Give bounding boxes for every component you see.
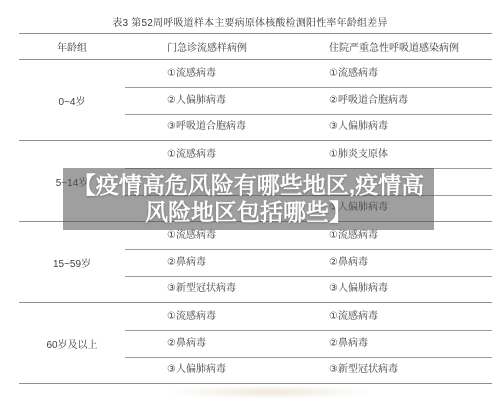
outpatient-cells: ①流感病毒 ②鼻病毒 ③人偏肺病毒 [125,303,319,383]
table-row: 60岁及以上 ①流感病毒 ②鼻病毒 ③人偏肺病毒 ①流感病毒 ②鼻病毒 ③新型冠… [19,303,492,384]
table-row: 0~4岁 ①流感病毒 ②人偏肺病毒 ③呼吸道合胞病毒 ①流感病毒 ②呼吸道合胞病… [19,60,492,141]
pathogen-item: ③人偏肺病毒 [329,275,492,302]
pathogen-item: ②鼻病毒 [167,330,319,357]
pathogen-item: ③新型冠状病毒 [167,275,319,302]
pathogen-item: ③呼吸道合胞病毒 [167,113,319,140]
inpatient-cells: ①流感病毒 ②呼吸道合胞病毒 ③人偏肺病毒 [319,60,492,140]
pathogen-item: ①流感病毒 [329,303,492,330]
pathogen-item: ①流感病毒 [167,141,319,168]
row-divider [125,357,492,358]
watermark-smudge [165,385,375,399]
pathogen-item: ③人偏肺病毒 [167,356,319,383]
table-title: 表3 第52周呼吸道样本主要病原体核酸检测阳性率年龄组差异 [0,14,500,29]
age-group-cell: 60岁及以上 [19,303,125,383]
row-divider [125,114,492,115]
header-inpatient: 住院严重急性呼吸道感染病例 [319,39,492,54]
age-group-cell: 15~59岁 [19,222,125,302]
headline-overlay: 【疫情高危风险有哪些地区,疫情高风险地区包括哪些】 [63,168,434,230]
pathogen-item: ②人偏肺病毒 [167,87,319,114]
table-header-row: 年龄组 门急诊流感样病例 住院严重急性呼吸道感染病例 [19,34,492,60]
pathogen-item: ②鼻病毒 [329,330,492,357]
inpatient-cells: ①流感病毒 ②鼻病毒 ③人偏肺病毒 [319,222,492,302]
pathogen-item: ①流感病毒 [167,303,319,330]
row-divider [125,87,492,88]
outpatient-cells: ①流感病毒 ②鼻病毒 ③新型冠状病毒 [125,222,319,302]
table-row: 15~59岁 ①流感病毒 ②鼻病毒 ③新型冠状病毒 ①流感病毒 ②鼻病毒 ③人偏… [19,222,492,303]
pathogen-item: ①流感病毒 [167,60,319,87]
inpatient-cells: ①流感病毒 ②鼻病毒 ③新型冠状病毒 [319,303,492,383]
pathogen-item: ①肺炎支原体 [329,141,492,168]
row-divider [125,276,492,277]
header-outpatient: 门急诊流感样病例 [125,39,319,54]
pathogen-item: ③新型冠状病毒 [329,356,492,383]
pathogen-item: ②呼吸道合胞病毒 [329,87,492,114]
headline-text: 【疫情高危风险有哪些地区,疫情高风险地区包括哪些】 [63,172,434,226]
pathogen-item: ③人偏肺病毒 [329,113,492,140]
outpatient-cells: ①流感病毒 ②人偏肺病毒 ③呼吸道合胞病毒 [125,60,319,140]
page: 表3 第52周呼吸道样本主要病原体核酸检测阳性率年龄组差异 年龄组 门急诊流感样… [0,0,500,402]
row-divider [125,330,492,331]
age-group-cell: 0~4岁 [19,60,125,140]
row-divider [125,249,492,250]
pathogen-item: ②鼻病毒 [329,249,492,276]
pathogen-item: ②鼻病毒 [167,249,319,276]
pathogen-item: ①流感病毒 [329,60,492,87]
header-age-group: 年龄组 [19,39,125,54]
